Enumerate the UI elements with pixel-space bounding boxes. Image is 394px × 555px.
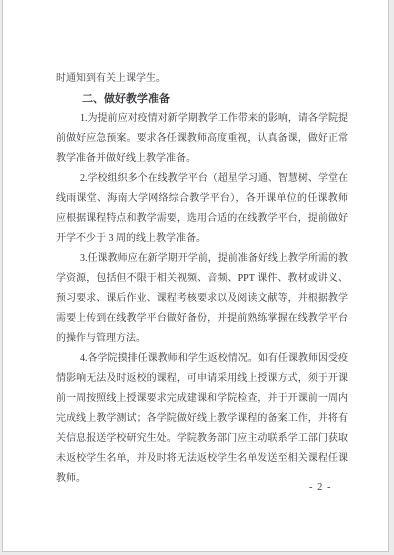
paragraph-1: 1.为提前应对疫情对新学期教学工作带来的影响，请各学院提前做好应急预案。要求各任… [56, 109, 348, 169]
document-page: 时通知到有关上课学生。 二、做好教学准备 1.为提前应对疫情对新学期教学工作带来… [2, 0, 389, 552]
paragraph-2: 2.学校组织多个在线教学平台（超星学习通、智慧树、学堂在线雨课堂、海南大学网络综… [56, 169, 348, 249]
paragraph-4: 4.各学院摸排任课教师和学生返校情况。如有任课教师因受疫情影响无法及时返校的课程… [56, 349, 348, 489]
document-body: 时通知到有关上课学生。 二、做好教学准备 1.为提前应对疫情对新学期教学工作带来… [56, 69, 348, 489]
body-continuation-line: 时通知到有关上课学生。 [56, 69, 348, 89]
page-number: - 2 - [309, 481, 332, 495]
paragraph-3: 3.任课教师应在新学期开学前，提前准备好线上教学所需的教学资源，包括但不限于相关… [56, 249, 348, 349]
section-heading: 二、做好教学准备 [56, 89, 348, 109]
